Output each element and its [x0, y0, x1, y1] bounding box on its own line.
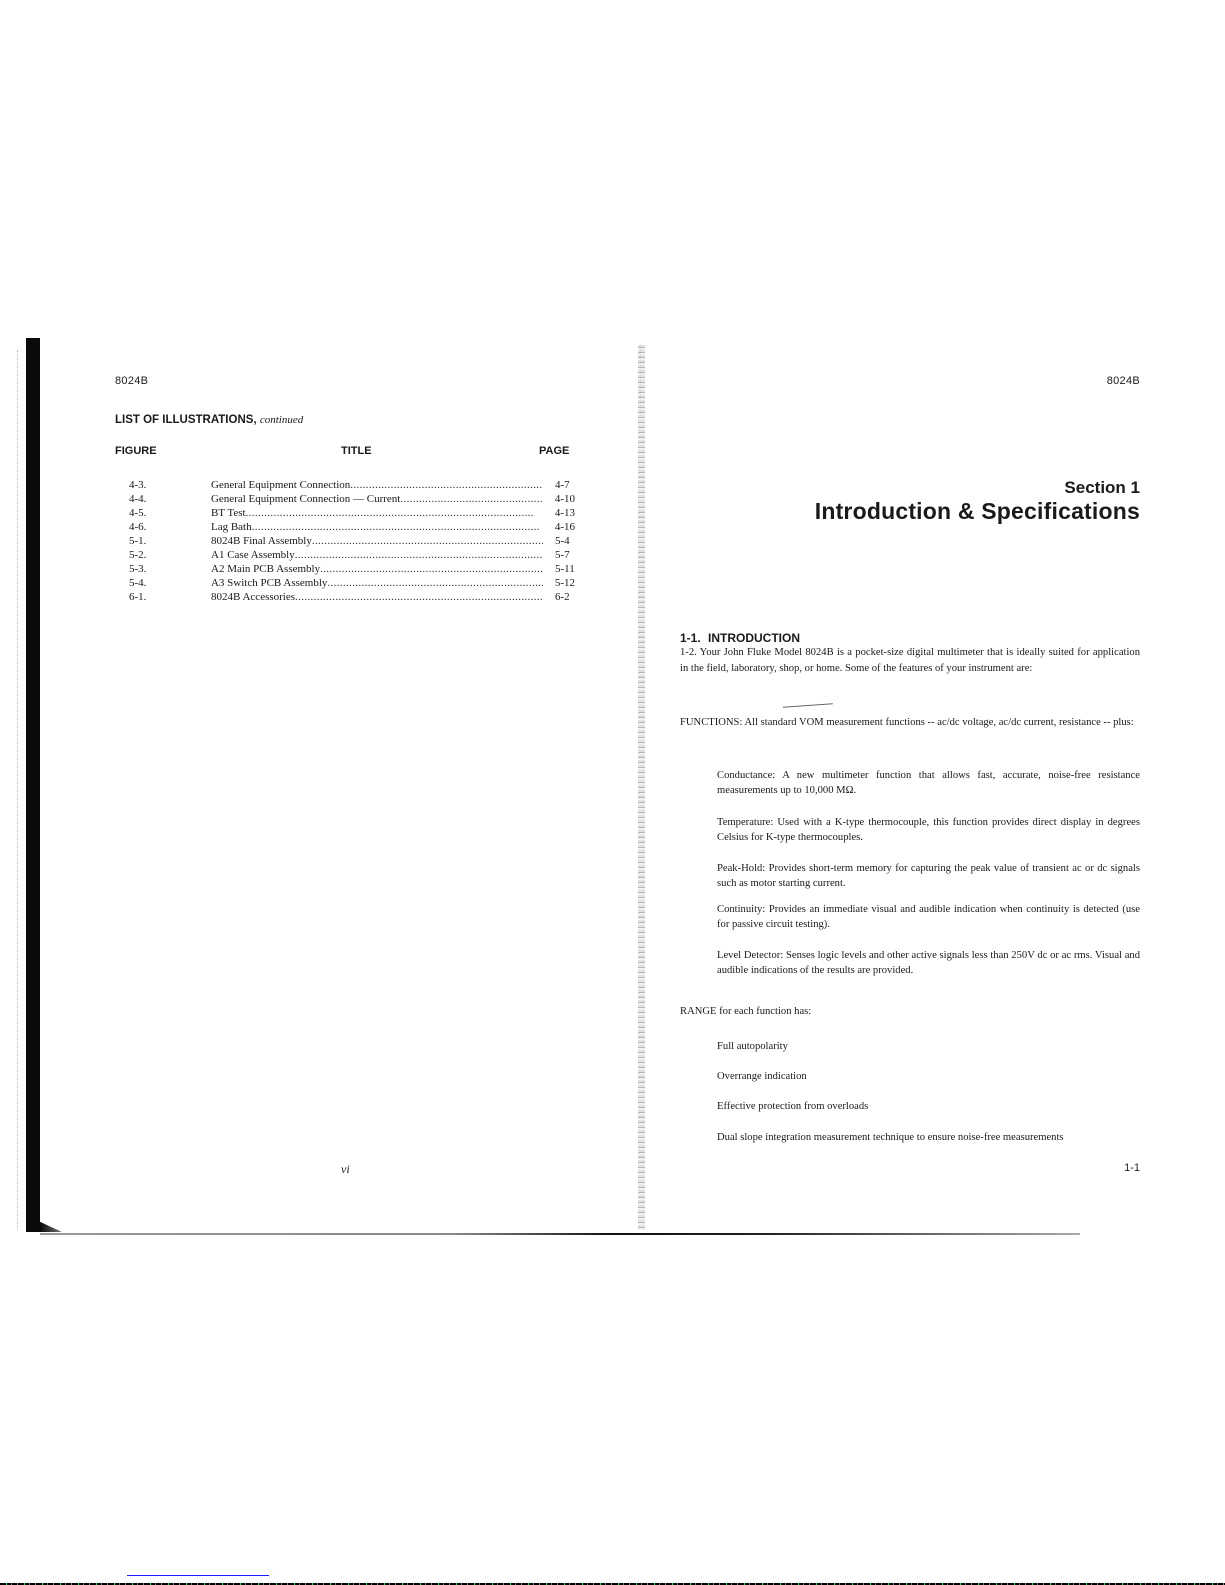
feature-level-detector: Level Detector: Senses logic levels and …: [717, 948, 1140, 978]
figure-page: 4-7: [543, 478, 570, 492]
range-item: Full autopolarity: [717, 1039, 788, 1054]
figure-title: A3 Switch PCB Assembly: [211, 576, 543, 590]
page-number: 1-1: [1124, 1162, 1140, 1174]
figure-number: 4-3.: [115, 478, 211, 492]
column-header-page: PAGE: [539, 445, 569, 457]
figure-title: A1 Case Assembly: [211, 548, 543, 562]
scan-bottom-edge: [40, 1233, 1080, 1235]
range-item: Dual slope integration measurement techn…: [717, 1130, 1064, 1145]
feature-peak-hold: Peak-Hold: Provides short-term memory fo…: [717, 861, 1140, 891]
scan-left-edge-foot: [26, 1222, 62, 1232]
column-header-title: TITLE: [341, 445, 372, 457]
leader-dots: [295, 590, 543, 604]
illustration-row: 4-5.BT Test4-13: [115, 506, 575, 520]
illustration-row: 4-3.General Equipment Connection4-7: [115, 478, 575, 492]
figure-title-text: A3 Switch PCB Assembly: [211, 576, 327, 590]
section-label: Section 1: [1064, 478, 1140, 498]
figure-page: 4-16: [543, 520, 575, 534]
figure-title-text: A2 Main PCB Assembly: [211, 562, 320, 576]
leader-dots: [327, 576, 542, 590]
figure-number: 5-3.: [115, 562, 211, 576]
figure-title: General Equipment Connection: [211, 478, 543, 492]
figure-number: 6-1.: [115, 590, 211, 604]
figure-page: 5-4: [543, 534, 570, 548]
book-spine-gutter: [638, 345, 645, 1230]
illustration-row: 5-1.8024B Final Assembly5-4: [115, 534, 575, 548]
figure-page: 4-10: [543, 492, 575, 506]
scan-left-edge-shadow: [26, 338, 40, 1228]
introduction-heading: 1-1. INTRODUCTION: [680, 631, 800, 645]
feature-conductance: Conductance: A new multimeter function t…: [717, 768, 1140, 798]
introduction-paragraph: 1-2. Your John Fluke Model 8024B is a po…: [680, 645, 1140, 677]
leader-dots: [320, 562, 543, 576]
scan-edge-dots: [17, 350, 19, 1230]
illustration-row: 5-4.A3 Switch PCB Assembly5-12: [115, 576, 575, 590]
feature-continuity: Continuity: Provides an immediate visual…: [717, 902, 1140, 932]
list-title-continued: continued: [260, 414, 303, 426]
figure-number: 5-2.: [115, 548, 211, 562]
range-item: Overrange indication: [717, 1069, 807, 1084]
list-title: LIST OF ILLUSTRATIONS,: [115, 414, 257, 426]
range-item: Effective protection from overloads: [717, 1099, 868, 1114]
leader-dots: [312, 534, 543, 548]
illustration-row: 4-6.Lag Bath4-16: [115, 520, 575, 534]
leader-dots: [252, 520, 543, 534]
figure-title: 8024B Accessories: [211, 590, 543, 604]
figure-title-text: General Equipment Connection: [211, 478, 350, 492]
leader-dots: [295, 548, 543, 562]
figure-title: BT Test: [211, 506, 543, 520]
figure-number: 5-1.: [115, 534, 211, 548]
page-number: vi: [341, 1162, 350, 1177]
illustration-row: 4-4.General Equipment Connection — Curre…: [115, 492, 575, 506]
leader-dots: [400, 492, 542, 506]
figure-title: General Equipment Connection — Current: [211, 492, 543, 506]
column-header-figure: FIGURE: [115, 445, 157, 457]
figure-page: 4-13: [543, 506, 575, 520]
figure-title-text: General Equipment Connection — Current: [211, 492, 400, 506]
illustrations-list: 4-3.General Equipment Connection4-74-4.G…: [115, 478, 575, 604]
figure-number: 5-4.: [115, 576, 211, 590]
link-underline: [127, 1575, 269, 1576]
running-header-model: 8024B: [115, 375, 148, 387]
illustration-row: 5-2.A1 Case Assembly5-7: [115, 548, 575, 562]
figure-title-text: Lag Bath: [211, 520, 252, 534]
figure-page: 5-11: [543, 562, 575, 576]
figure-number: 4-6.: [115, 520, 211, 534]
list-of-illustrations-title: LIST OF ILLUSTRATIONS, continued: [115, 414, 303, 426]
section-title: Introduction & Specifications: [815, 498, 1140, 525]
leader-dots: [246, 506, 543, 520]
figure-page: 5-7: [543, 548, 570, 562]
figure-title: 8024B Final Assembly: [211, 534, 543, 548]
leader-dots: [350, 478, 543, 492]
functions-paragraph: FUNCTIONS: All standard VOM measurement …: [680, 715, 1140, 731]
illustration-row: 5-3.A2 Main PCB Assembly5-11: [115, 562, 575, 576]
figure-number: 4-5.: [115, 506, 211, 520]
figure-title-text: BT Test: [211, 506, 246, 520]
figure-title: A2 Main PCB Assembly: [211, 562, 543, 576]
range-paragraph: RANGE for each function has:: [680, 1004, 1140, 1020]
figure-title-text: 8024B Final Assembly: [211, 534, 312, 548]
figure-title-text: 8024B Accessories: [211, 590, 295, 604]
running-header-model: 8024B: [1107, 375, 1140, 387]
pen-mark: [783, 703, 833, 711]
illustration-row: 6-1.8024B Accessories6-2: [115, 590, 575, 604]
figure-page: 5-12: [543, 576, 575, 590]
feature-temperature: Temperature: Used with a K-type thermoco…: [717, 815, 1140, 845]
figure-page: 6-2: [543, 590, 570, 604]
figure-title: Lag Bath: [211, 520, 543, 534]
figure-number: 4-4.: [115, 492, 211, 506]
figure-title-text: A1 Case Assembly: [211, 548, 295, 562]
